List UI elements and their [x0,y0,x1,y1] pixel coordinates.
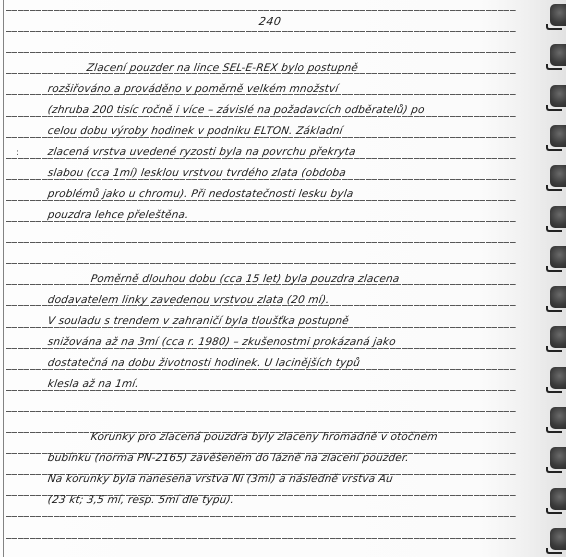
binding-ring [550,4,566,26]
ruled-line [6,411,516,412]
binding-ring [550,528,566,550]
ruled-line [6,242,516,243]
text-line: Poměrně dlouhou dobu (cca 15 let) byla p… [90,273,400,285]
ruled-line [6,10,516,11]
binding-ring [550,44,566,66]
notebook-page: 240 : Zlacení pouzder na lince SEL-E-REX… [0,0,566,557]
text-line: Korunky pro zlacená pouzdra byly zlaceny… [90,431,438,443]
left-margin-line [3,0,4,557]
text-line: V souladu s trendem v zahraničí byla tlo… [47,315,350,327]
text-line: dostatečná na dobu životnosti hodinek. U… [47,357,361,369]
binding-ring [550,85,566,107]
ruled-line [6,137,516,138]
text-line: zlacená vrstva uvedené ryzosti byla na p… [47,146,356,158]
ruled-line [6,327,516,328]
text-line: slabou (cca 1mí) lesklou vrstvou tvrdého… [47,167,347,179]
binding-ring [550,286,566,308]
ruled-line [6,390,516,391]
ruled-line [6,538,516,539]
ruled-line [6,116,516,117]
ruled-line [6,369,516,370]
ruled-line [6,200,516,201]
text-line: celou dobu výroby hodinek v podniku ELTO… [47,125,343,137]
binding-ring [550,367,566,389]
text-line: (23 kt; 3,5 mí, resp. 5mí dle typu). [47,494,235,506]
ruled-line [6,158,516,159]
binding-ring [550,407,566,429]
binding-ring [550,326,566,348]
ruled-line [6,348,516,349]
binding-ring [550,246,566,268]
text-line: dodavatelem linky zavedenou vrstvou zlat… [47,294,330,306]
binding-ring [550,165,566,187]
page-number: 240 [258,16,282,28]
ruled-line [6,263,516,264]
ruled-line [6,179,516,180]
binding-ring [550,447,566,469]
ruled-line [6,31,516,32]
binding-ring [550,125,566,147]
text-line: Na korunky byla nanesena vrstva Ni (3mí)… [47,473,394,485]
text-line: problémů jako u chromu). Při nedostatečn… [47,188,354,200]
binding-ring [550,488,566,510]
ruled-line [6,52,516,53]
ruled-line [6,221,516,222]
text-line: (zhruba 200 tisíc ročně i více – závislé… [47,104,425,116]
text-line: bubínku (norma PN-2165) zavěšeném do láz… [47,452,410,464]
text-line: klesla až na 1mí. [47,378,140,390]
margin-mark: : [16,148,19,158]
text-line: Zlacení pouzder na lince SEL-E-REX bylo … [86,62,359,74]
text-line: pouzdra lehce přeleštěna. [47,209,189,221]
binding-ring [550,206,566,228]
text-line: snižována až na 3mí (cca r. 1980) – zkuš… [47,336,397,348]
ruled-line [6,516,516,517]
text-line: rozšiřováno a prováděno v poměrně velkém… [47,83,339,95]
